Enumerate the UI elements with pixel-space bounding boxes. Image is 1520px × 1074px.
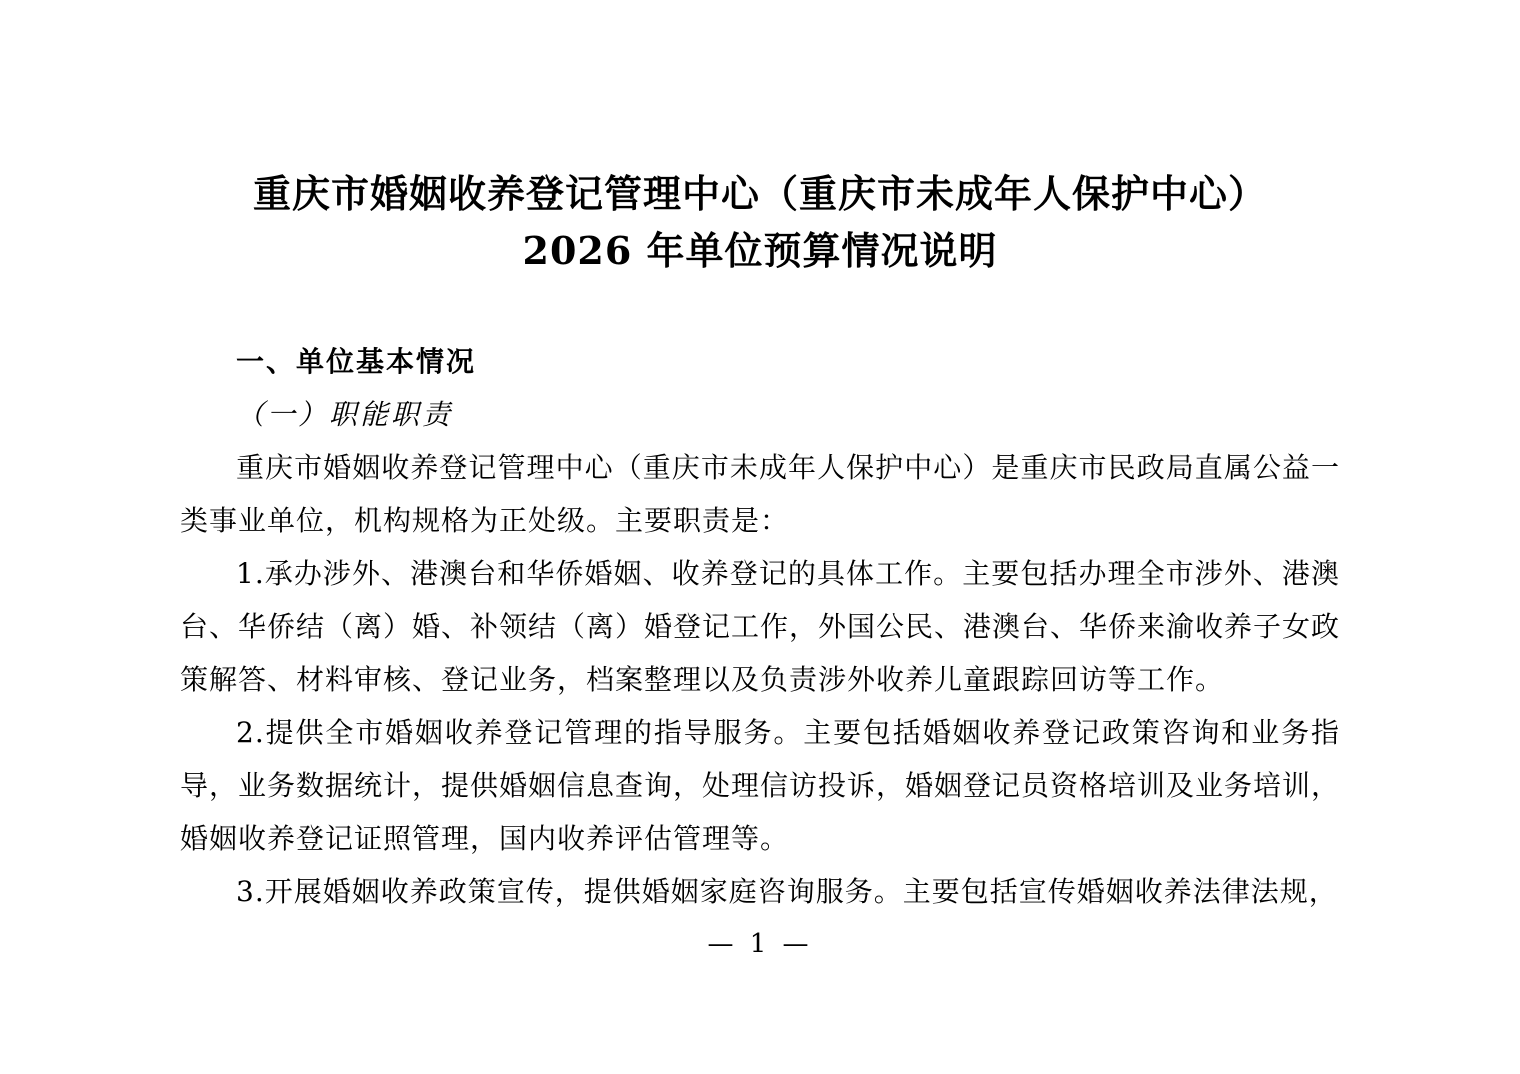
subsection-heading-duties: （一）职能职责: [180, 388, 1340, 441]
document-title-line-2: 2026 年单位预算情况说明: [0, 222, 1520, 279]
document-page: 重庆市婚姻收养登记管理中心（重庆市未成年人保护中心） 2026 年单位预算情况说…: [0, 0, 1520, 1074]
paragraph-duty-1: 1.承办涉外、港澳台和华侨婚姻、收养登记的具体工作。主要包括办理全市涉外、港澳台…: [180, 547, 1340, 706]
paragraph-duty-2: 2.提供全市婚姻收养登记管理的指导服务。主要包括婚姻收养登记政策咨询和业务指导，…: [180, 706, 1340, 865]
document-body: 一、单位基本情况 （一）职能职责 重庆市婚姻收养登记管理中心（重庆市未成年人保护…: [180, 335, 1340, 918]
page-number: — 1 —: [0, 926, 1520, 962]
document-title-line-1: 重庆市婚姻收养登记管理中心（重庆市未成年人保护中心）: [0, 165, 1520, 222]
paragraph-intro: 重庆市婚姻收养登记管理中心（重庆市未成年人保护中心）是重庆市民政局直属公益一类事…: [180, 441, 1340, 547]
section-heading-basic-info: 一、单位基本情况: [180, 335, 1340, 388]
document-title: 重庆市婚姻收养登记管理中心（重庆市未成年人保护中心） 2026 年单位预算情况说…: [0, 25, 1520, 279]
paragraph-duty-3: 3.开展婚姻收养政策宣传，提供婚姻家庭咨询服务。主要包括宣传婚姻收养法律法规，: [180, 865, 1340, 918]
